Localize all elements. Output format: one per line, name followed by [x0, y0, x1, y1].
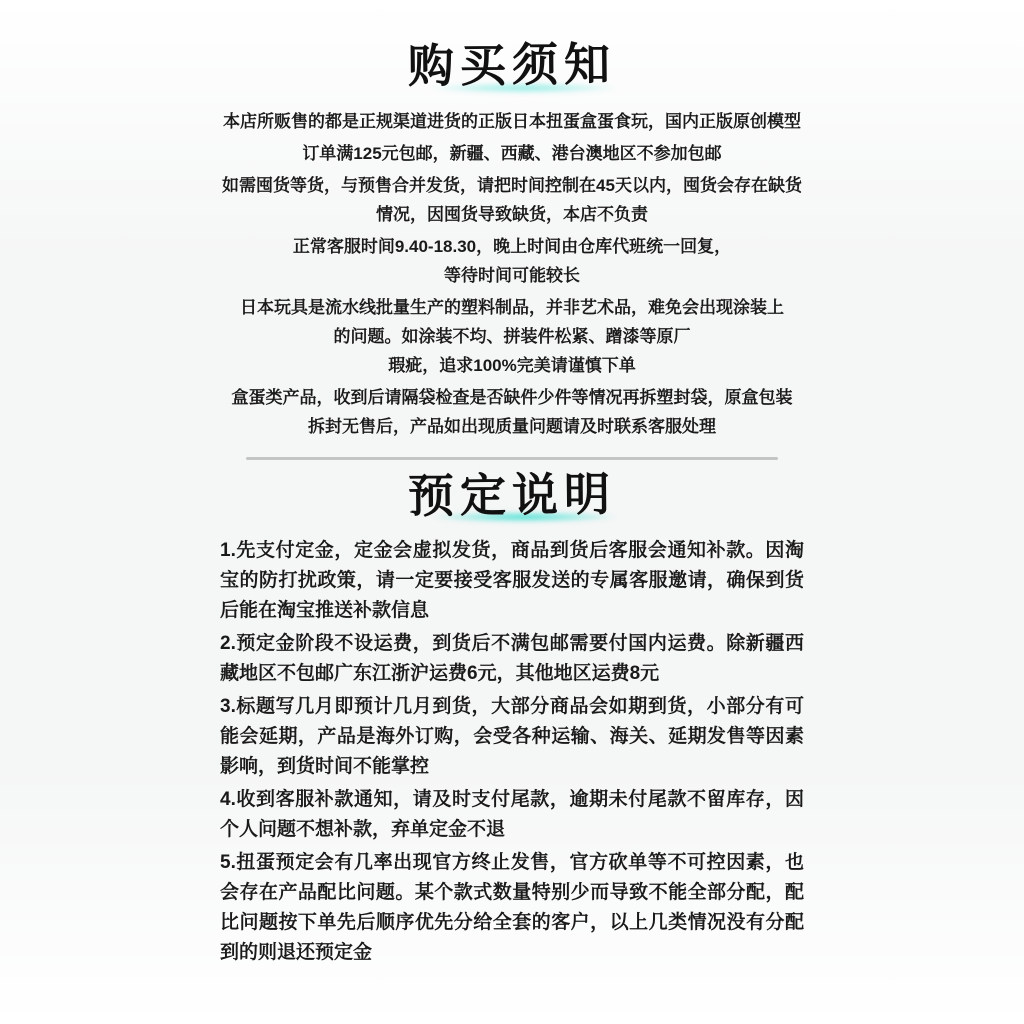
preorder-notice-item: 1.先支付定金，定金会虚拟发货，商品到货后客服会通知补款。因淘宝的防打扰政策，请… — [220, 536, 804, 626]
preorder-notice-item: 3.标题写几月即预计几月到货，大部分商品会如期到货，小部分有可能会延期，产品是海… — [220, 692, 804, 782]
buy-notice-paragraph: 本店所贩售的都是正规渠道进货的正版日本扭蛋盒蛋食玩，国内正版原创模型 — [220, 107, 804, 136]
buy-notice-paragraph: 日本玩具是流水线批量生产的塑料制品，并非艺术品，难免会出现涂装上的问题。如涂装不… — [220, 293, 804, 380]
preorder-notice-item: 2.预定金阶段不设运费，到货后不满包邮需要付国内运费。除新疆西藏地区不包邮广东江… — [220, 629, 804, 689]
preorder-notice-title: 预定说明 — [220, 466, 805, 524]
preorder-notice-items: 1.先支付定金，定金会虚拟发货，商品到货后客服会通知补款。因淘宝的防打扰政策，请… — [220, 536, 804, 968]
notice-content: 购买须知 本店所贩售的都是正规渠道进货的正版日本扭蛋盒蛋食玩，国内正版原创模型订… — [220, 0, 804, 968]
preorder-notice-item: 5.扭蛋预定会有几率出现官方终止发售，官方砍单等不可控因素，也会存在产品配比问题… — [220, 848, 804, 968]
buy-notice-paragraphs: 本店所贩售的都是正规渠道进货的正版日本扭蛋盒蛋食玩，国内正版原创模型订单满125… — [220, 107, 804, 441]
buy-notice-paragraph: 正常客服时间9.40-18.30，晚上时间由仓库代班统一回复，等待时间可能较长 — [220, 232, 804, 290]
buy-notice-header: 购买须知 — [220, 40, 804, 95]
buy-notice-paragraph: 盒蛋类产品，收到后请隔袋检查是否缺件少件等情况再拆塑封袋，原盒包装拆封无售后，产… — [220, 383, 804, 441]
buy-notice-title: 购买须知 — [220, 37, 805, 95]
buy-notice-paragraph: 如需囤货等货，与预售合并发货，请把时间控制在45天以内，囤货会存在缺货情况，因囤… — [220, 171, 804, 229]
buy-notice-paragraph: 订单满125元包邮，新疆、西藏、港台澳地区不参加包邮 — [220, 139, 804, 168]
notice-page: 购买须知 本店所贩售的都是正规渠道进货的正版日本扭蛋盒蛋食玩，国内正版原创模型订… — [0, 0, 1024, 1024]
section-divider — [246, 457, 778, 460]
preorder-notice-header: 预定说明 — [220, 470, 804, 525]
preorder-notice-item: 4.收到客服补款通知，请及时支付尾款，逾期未付尾款不留库存，因个人问题不想补款，… — [220, 785, 804, 845]
